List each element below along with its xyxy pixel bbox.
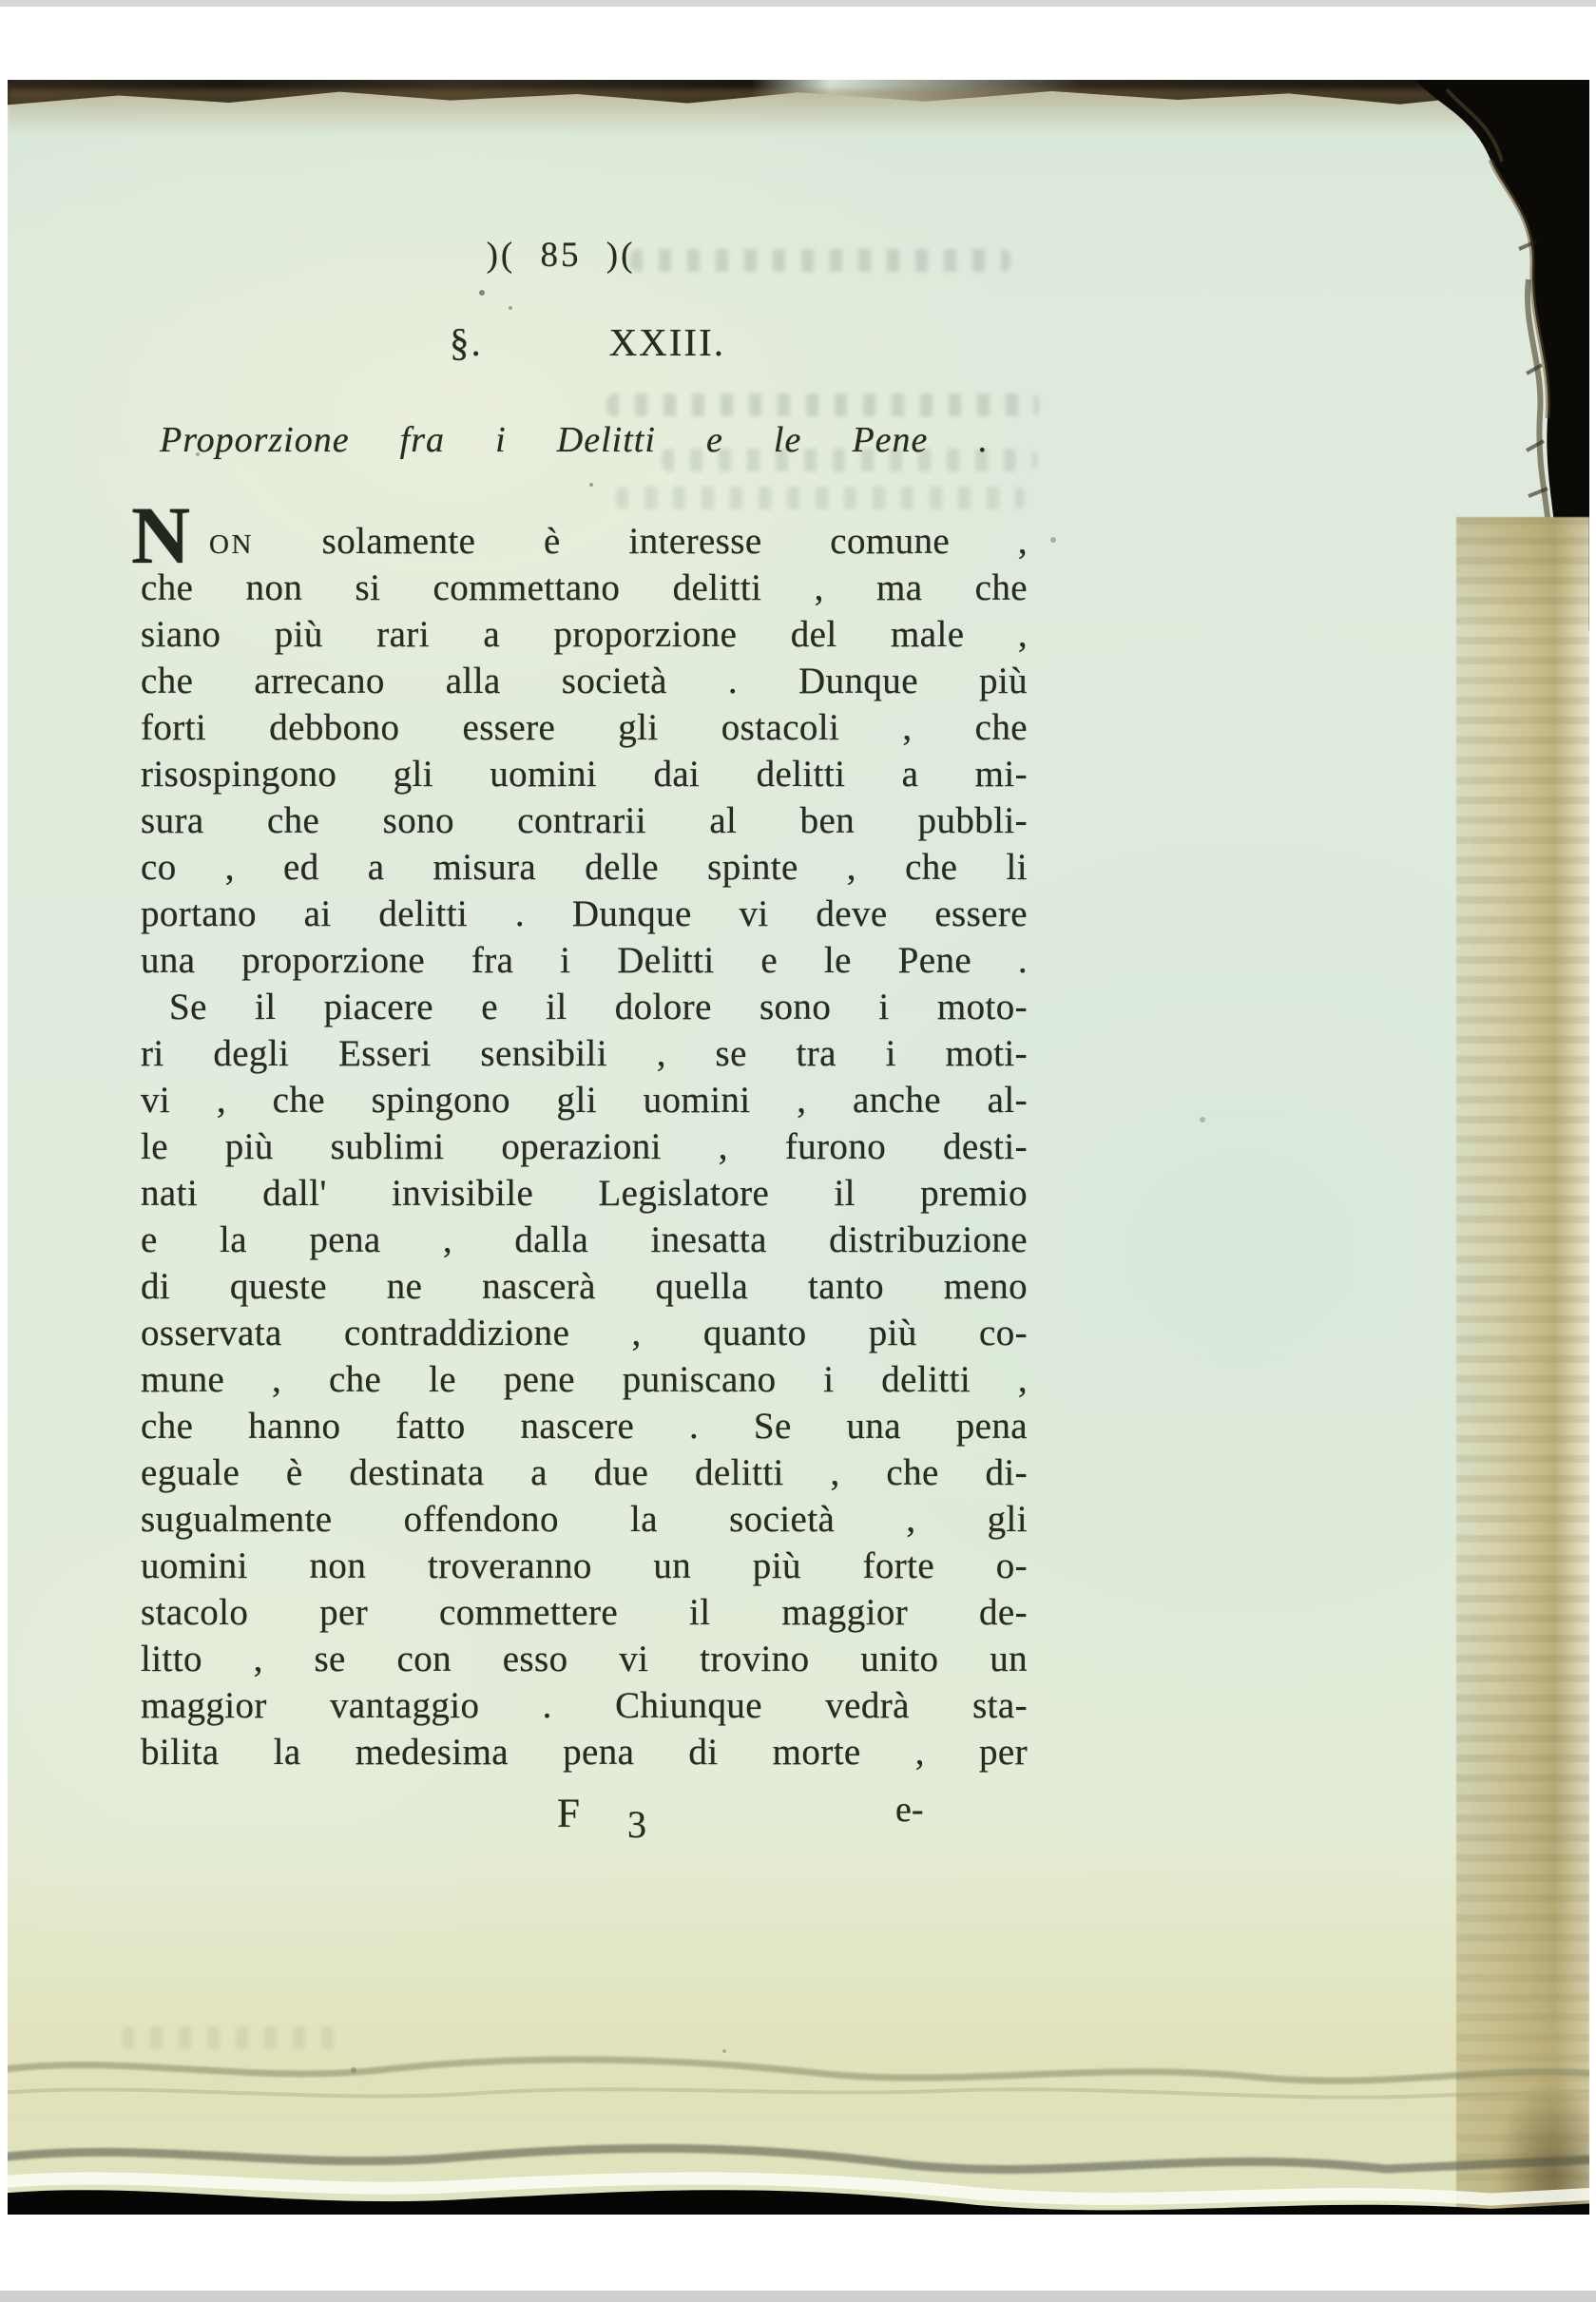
bottom-page-edges	[8, 1971, 1589, 2215]
body-line: maggior vantaggio . Chiunque vedrà sta-	[141, 1682, 1028, 1729]
body-line: eguale è destinata a due delitti , che d…	[141, 1449, 1028, 1496]
small-caps-initial: ON	[209, 529, 254, 560]
book-scan-viewport: { "document": { "kind": "printed-book-pa…	[0, 0, 1596, 2302]
body-line: forti debbono essere gli ostacoli , che	[141, 704, 1028, 751]
body-line: Se il piacere e il dolore sono i moto-	[141, 984, 1028, 1030]
bleedthrough-smudge	[616, 487, 1025, 509]
body-line: una proporzione fra i Delitti e le Pene …	[141, 937, 1028, 984]
body-line: stacolo per commettere il maggior de-	[141, 1589, 1028, 1636]
page-number: 85	[528, 236, 595, 275]
catchword: e-	[895, 1789, 924, 1831]
section-mark: §.	[450, 319, 483, 365]
header-left-ornament: )(	[487, 236, 516, 275]
scanner-frame-bottom	[0, 2291, 1596, 2302]
body-line: osservata contraddizione , quanto più co…	[141, 1310, 1028, 1356]
body-line: vi , che spingono gli uomini , anche al-	[141, 1077, 1028, 1123]
fore-edge-page-stack	[1456, 517, 1589, 2215]
body-line: che hanno fatto nascere . Se una pena	[141, 1403, 1028, 1449]
body-line: co , ed a misura delle spinte , che li	[141, 844, 1028, 891]
body-line: ON solamente è interesse comune ,	[141, 518, 1028, 565]
body-line: sugualmente offendono la società , gli	[141, 1496, 1028, 1543]
scanner-frame-top	[0, 0, 1596, 7]
body-text: ON solamente è interesse comune ,che non…	[141, 518, 1028, 1775]
body-line: risospingono gli uomini dai delitti a mi…	[141, 751, 1028, 797]
body-line: siano più rari a proporzione del male ,	[141, 611, 1028, 658]
body-line: ri degli Esseri sensibili , se tra i mot…	[141, 1030, 1028, 1077]
bleedthrough-smudge	[606, 393, 1039, 416]
body-line: di queste ne nascerà quella tanto meno	[141, 1263, 1028, 1310]
body-line: e la pena , dalla inesatta distribuzione	[141, 1217, 1028, 1263]
body-line: sura che sono contrarii al ben pubbli-	[141, 797, 1028, 844]
chapter-title: Proporzione fra i Delitti e le Pene .	[160, 419, 989, 461]
body-line: che arrecano alla società . Dunque più	[141, 658, 1028, 704]
body-line: che non si commettano delitti , ma che	[141, 565, 1028, 611]
body-line: le più sublimi operazioni , furono desti…	[141, 1123, 1028, 1170]
body-line: mune , che le pene puniscano i delitti ,	[141, 1356, 1028, 1403]
signature-mark-letter: F	[557, 1791, 580, 1837]
section-heading: §. XXIII.	[450, 319, 725, 365]
page-header: )( 85 )(	[418, 235, 703, 276]
signature-mark-number: 3	[627, 1802, 646, 1847]
body-line: uomini non troveranno un più forte o-	[141, 1543, 1028, 1589]
body-line: nati dall' invisibile Legislatore il pre…	[141, 1170, 1028, 1217]
body-line: litto , se con esso vi trovino unito un	[141, 1636, 1028, 1682]
section-number: XXIII.	[609, 319, 725, 365]
book-page-scan: )( 85 )( §. XXIII. Proporzione fra i Del…	[8, 80, 1589, 2215]
body-line: portano ai delitti . Dunque vi deve esse…	[141, 891, 1028, 937]
body-line: bilita la medesima pena di morte , per	[141, 1729, 1028, 1775]
header-right-ornament: )(	[606, 236, 636, 275]
